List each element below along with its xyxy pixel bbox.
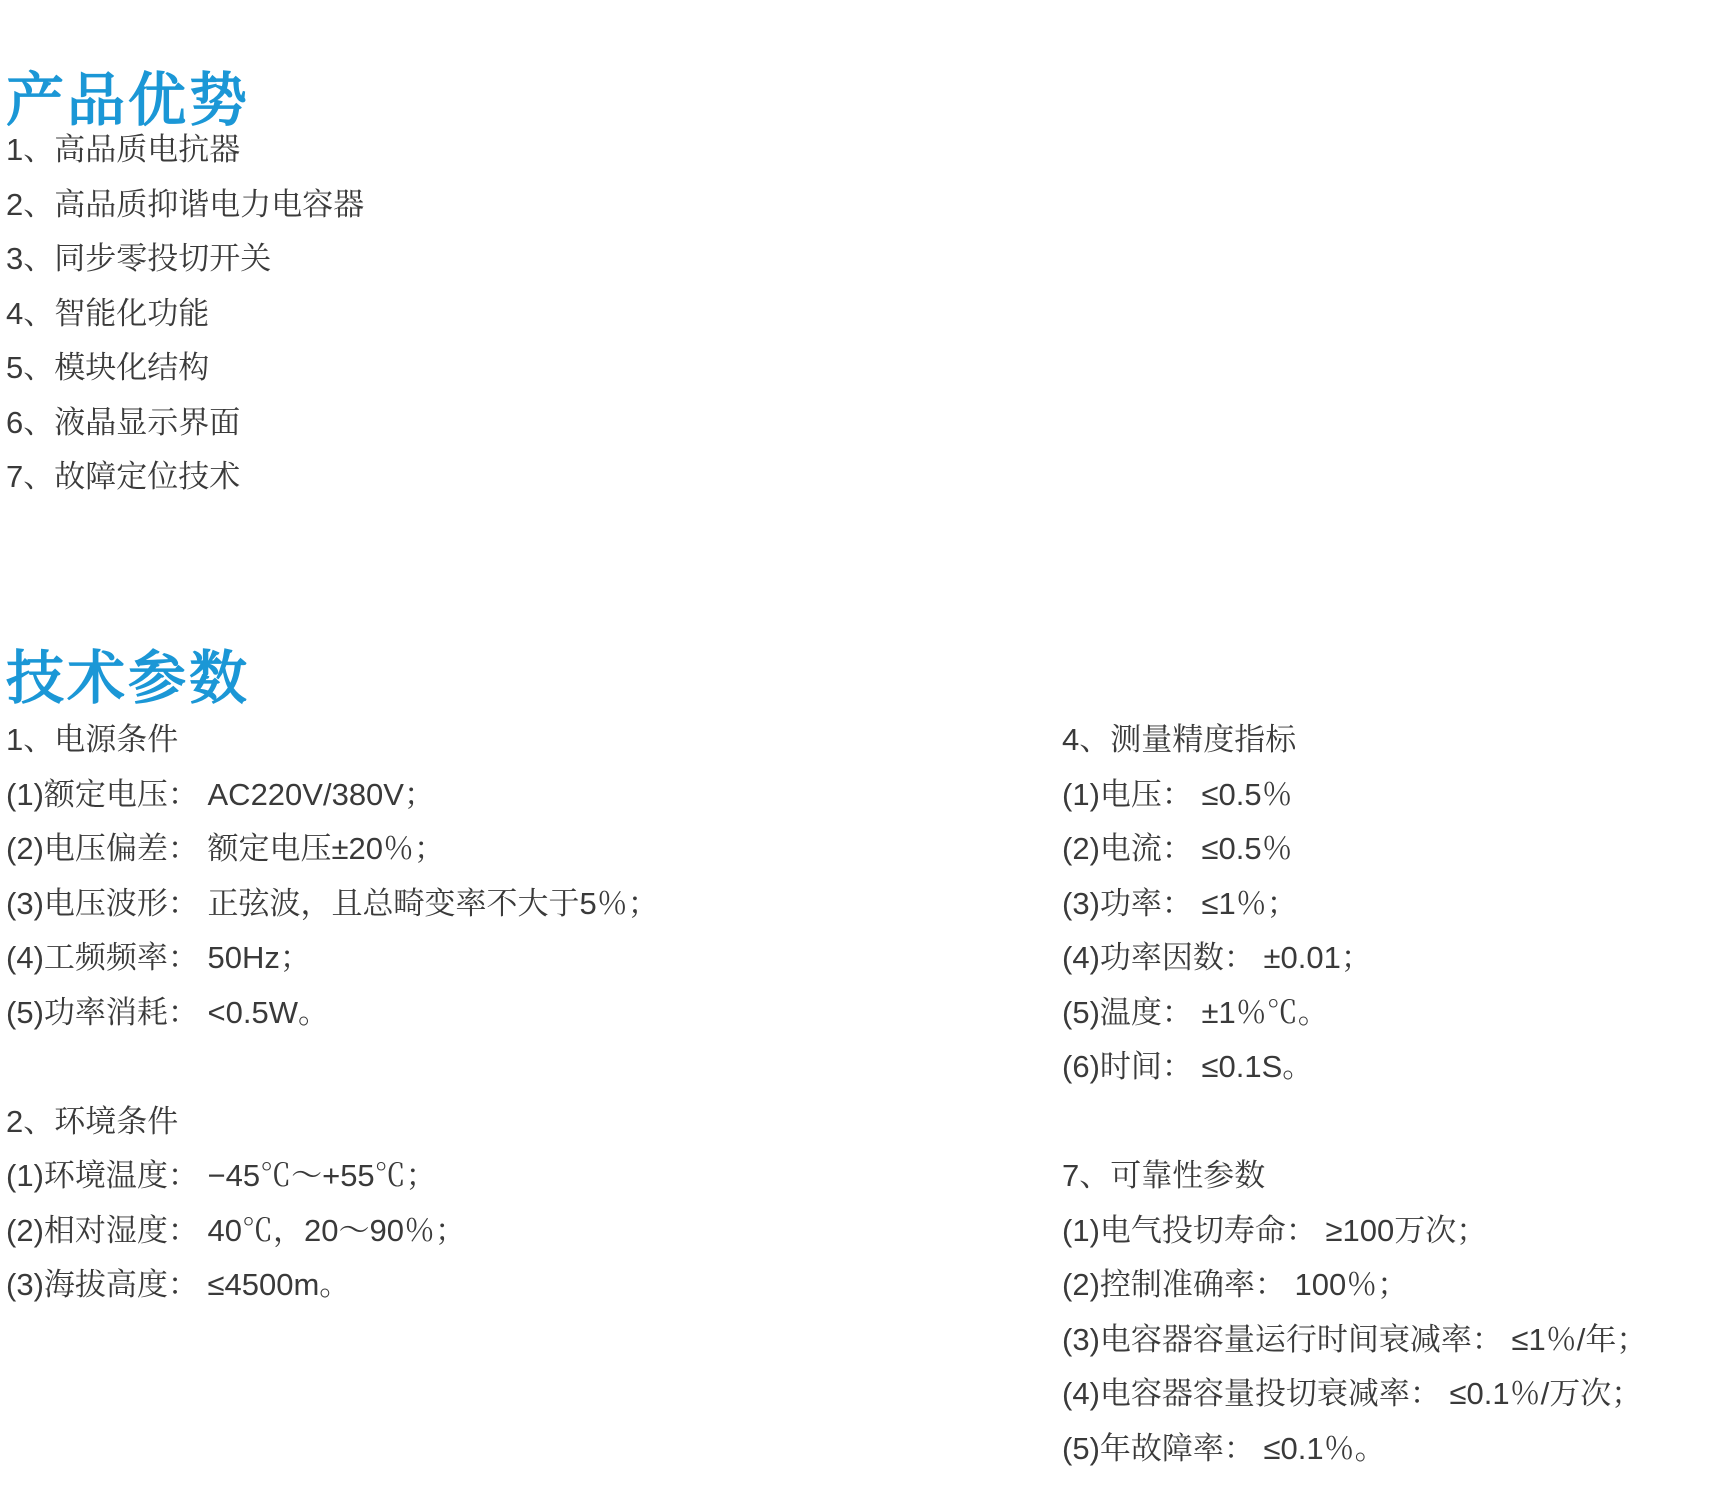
tech-param-line: (4)功率因数： ±0.01； — [1062, 931, 1712, 986]
tech-param-line: (1)环境温度： −45℃～+55℃； — [6, 1149, 1006, 1204]
tech-param-line: (1)额定电压： AC220V/380V； — [6, 768, 1006, 823]
tech-param-line: (3)电容器容量运行时间衰减率： ≤1％/年； — [1062, 1313, 1712, 1368]
spacer — [6, 1040, 1006, 1095]
advantage-item: 6、液晶显示界面 — [6, 396, 906, 451]
tech-group-title-power: 1、电源条件 — [6, 713, 1006, 768]
tech-param-line: (5)温度： ±1％℃。 — [1062, 986, 1712, 1041]
advantage-item: 5、模块化结构 — [6, 341, 906, 396]
tech-param-line: (1)电压： ≤0.5％ — [1062, 768, 1712, 823]
tech-param-line: (2)电压偏差： 额定电压±20％； — [6, 822, 1006, 877]
tech-param-line: (3)海拔高度： ≤4500m。 — [6, 1258, 1006, 1313]
advantages-list: 1、高品质电抗器 2、高品质抑谐电力电容器 3、同步零投切开关 4、智能化功能 … — [6, 123, 906, 505]
advantage-item: 2、高品质抑谐电力电容器 — [6, 178, 906, 233]
tech-column-left: 1、电源条件 (1)额定电压： AC220V/380V； (2)电压偏差： 额定… — [6, 713, 1006, 1313]
advantage-item: 7、故障定位技术 — [6, 450, 906, 505]
tech-param-line: (4)电容器容量投切衰减率： ≤0.1％/万次； — [1062, 1367, 1712, 1422]
tech-group-title-reliability: 7、可靠性参数 — [1062, 1149, 1712, 1204]
tech-param-line: (5)年故障率： ≤0.1％。 — [1062, 1422, 1712, 1477]
advantage-item: 4、智能化功能 — [6, 287, 906, 342]
tech-param-line: (5)功率消耗： <0.5W。 — [6, 986, 1006, 1041]
advantage-item: 3、同步零投切开关 — [6, 232, 906, 287]
advantage-item: 1、高品质电抗器 — [6, 123, 906, 178]
tech-param-line: (2)相对湿度： 40℃，20～90％； — [6, 1204, 1006, 1259]
tech-param-line: (2)控制准确率： 100％； — [1062, 1258, 1712, 1313]
document-page: 产品优势 1、高品质电抗器 2、高品质抑谐电力电容器 3、同步零投切开关 4、智… — [0, 0, 1720, 1487]
tech-param-line: (1)电气投切寿命： ≥100万次； — [1062, 1204, 1712, 1259]
spacer — [1062, 1095, 1712, 1150]
tech-group-title-environment: 2、环境条件 — [6, 1095, 1006, 1150]
tech-param-line: (3)功率： ≤1％； — [1062, 877, 1712, 932]
tech-section-heading: 技术参数 — [6, 647, 250, 711]
tech-group-title-accuracy: 4、测量精度指标 — [1062, 713, 1712, 768]
tech-param-line: (6)时间： ≤0.1S。 — [1062, 1040, 1712, 1095]
tech-param-line: (4)工频频率： 50Hz； — [6, 931, 1006, 986]
tech-param-line: (3)电压波形： 正弦波，且总畸变率不大于5％； — [6, 877, 1006, 932]
tech-param-line: (2)电流： ≤0.5％ — [1062, 822, 1712, 877]
tech-column-right: 4、测量精度指标 (1)电压： ≤0.5％ (2)电流： ≤0.5％ (3)功率… — [1062, 713, 1712, 1476]
